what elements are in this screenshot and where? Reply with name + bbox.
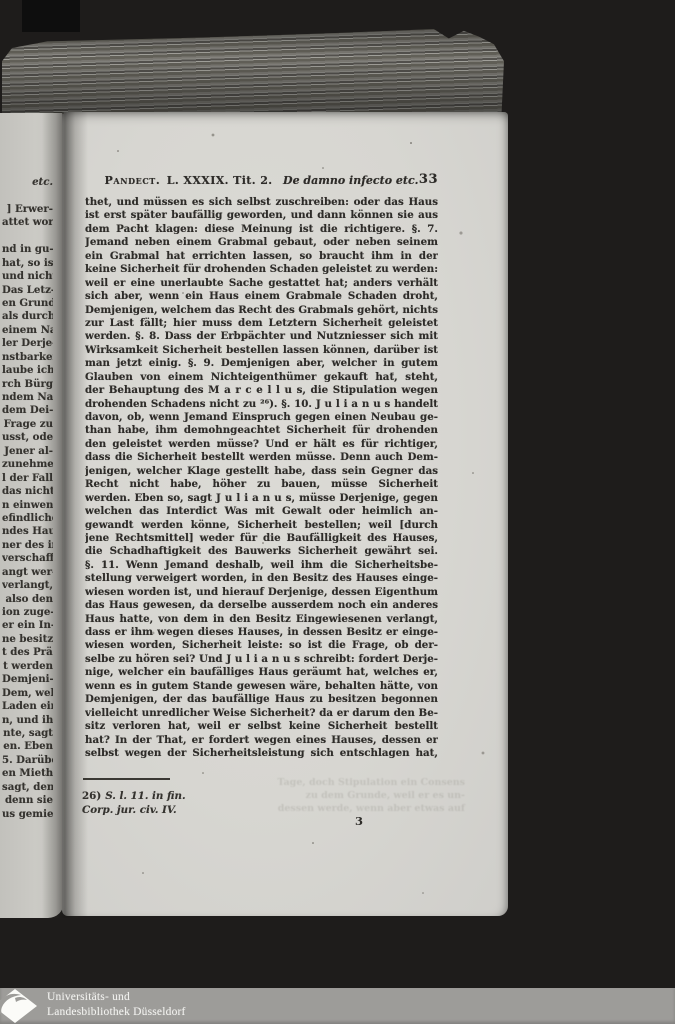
body-text-line: Jemand neben einem Grabmal gebaut, oder … (85, 236, 438, 249)
body-text-line: nige, welcher ein baufälliges Haus geräu… (85, 666, 438, 679)
show-through-line: Tage, doch Stipulation ein Consens (240, 776, 465, 789)
facing-page-line: Jener al- (2, 445, 53, 458)
body-text-line: than habe, ihm demohngeachtet Sicherheit… (85, 424, 438, 437)
facing-page-line: ler Derje- (2, 337, 53, 350)
facing-page-line: Dem, wel- (2, 687, 53, 700)
footnote-source: Corp. jur. civ. IV. (82, 803, 186, 817)
facing-page-line: ndem Na- (2, 391, 53, 404)
facing-page-line: nd in gu- (2, 243, 53, 256)
facing-page-text-fragments: etc.] Erwer-attet wor-nd in gu-hat, so i… (2, 176, 53, 821)
facing-page-line: n einwen- (2, 499, 53, 512)
body-text-line: Wirksamkeit Sicherheit bestellen lassen … (85, 344, 438, 357)
body-text-line: der Behauptung des M a r c e l l u s, di… (85, 384, 438, 397)
running-head: Pandect. L. XXXIX. Tit. 2. De damno infe… (85, 174, 438, 190)
facing-page-line: als durch (2, 310, 53, 323)
body-text-line: dass die Sicherheit bestellt werden müss… (85, 451, 438, 464)
body-text-line: vielleicht unredlicher Weise Sicherheit?… (85, 707, 438, 720)
facing-page-line: ner des in (2, 539, 53, 552)
facing-page-line: etc. (2, 176, 53, 189)
running-head-reference: L. XXXIX. Tit. 2. (167, 174, 273, 187)
facing-page-line: laube ich, (2, 364, 53, 377)
body-text-line: welchen das Interdict Was mit Gewalt ode… (85, 505, 438, 518)
body-text-line: Demjenigen, der das baufällige Haus zu b… (85, 693, 438, 706)
body-text-line: Glauben von einem Nichteigenthümer gekau… (85, 371, 438, 384)
scanned-page: Pandect. L. XXXIX. Tit. 2. De damno infe… (62, 112, 508, 916)
facing-page-line: ne besitze, (2, 633, 53, 646)
body-text-line: dass er ihm wegen dieses Hauses, in dess… (85, 626, 438, 639)
page-body-text: thet, und müssen es sich selbst zuschrei… (85, 196, 438, 760)
facing-page-line: er ein In- (2, 619, 53, 632)
facing-page-line: en Grund, (2, 297, 53, 310)
facing-page-line: das nicht (2, 485, 53, 498)
body-text-line: thet, und müssen es sich selbst zuschrei… (85, 196, 438, 209)
facing-page-line: t des Prä- (2, 646, 53, 659)
facing-page-line: en. Eben (2, 740, 53, 753)
body-text-line: ein Grabmal hat errichten lassen, so bra… (85, 250, 438, 263)
show-through-line: dessen werde, wenn aber etwas auf (240, 802, 465, 815)
facing-page-line: efindlichen (2, 512, 53, 525)
library-watermark-bar: Universitäts- und Landesbibliothek Düsse… (0, 988, 675, 1024)
body-text-line: ist erst später baufällig geworden, und … (85, 209, 438, 222)
library-name-line2: Landesbibliothek Düsseldorf (47, 1005, 186, 1020)
body-text-line: keine Sicherheit für drohenden Schaden g… (85, 263, 438, 276)
body-text-line: selbe zu hören sei? Und J u l i a n u s … (85, 653, 438, 666)
body-text-line: Recht nicht habe, höher zu bauen, müsse … (85, 478, 438, 491)
facing-page-line: einem Na- (2, 324, 53, 337)
scan-speckles (62, 112, 63, 113)
facing-page-line: nte, sagt (2, 727, 53, 740)
book-cover-shadow (22, 0, 80, 32)
facing-page-strip: etc.] Erwer-attet wor-nd in gu-hat, so i… (0, 113, 64, 918)
facing-page-line: Demjeni- (2, 673, 53, 686)
facing-page-line: ndes Haus (2, 525, 53, 538)
facing-page-line: rch Bürg- (2, 378, 53, 391)
facing-page-line: Laden ein- (2, 700, 53, 713)
footnote-marker: 26) (82, 790, 101, 802)
facing-page-line: verlangt, (2, 579, 53, 592)
body-text-line: selbst wegen der Sicherheitsleistung sic… (85, 747, 438, 760)
body-text-line: wenn es in gutem Stande gewesen wäre, be… (85, 680, 438, 693)
body-text-line: gewandt werden könne, Sicherheit bestell… (85, 519, 438, 532)
facing-page-line: hat, so ist (2, 257, 53, 270)
body-text-line: werden. §. 8. Dass der Erbpächter und Nu… (85, 330, 438, 343)
printer-signature: 3 (355, 814, 363, 828)
library-name-line1: Universitäts- und (47, 990, 186, 1005)
page-number: 33 (419, 172, 438, 187)
facing-page-line: Frage zu (2, 418, 53, 431)
facing-page-line: Das Letz- (2, 284, 53, 297)
facing-page-line: t werden (2, 660, 53, 673)
body-text-line: davon, ob, wenn Jemand Einspruch gegen e… (85, 411, 438, 424)
body-text-line: jene Rechtsmittel] weder für die Baufäll… (85, 532, 438, 545)
body-text-line: den geleistet werden müsse? Und er hält … (85, 438, 438, 451)
body-text-line: wiesen worden, Sicherheit leiste: so ist… (85, 639, 438, 652)
body-text-line: jenigen, welcher Klage gestellt habe, da… (85, 465, 438, 478)
book-page-edges (2, 29, 504, 124)
facing-page-line: denn sie (2, 794, 53, 807)
body-text-line: zur Last fällt; hier muss dem Letztern S… (85, 317, 438, 330)
library-name: Universitäts- und Landesbibliothek Düsse… (47, 990, 186, 1020)
facing-page-line (2, 230, 53, 243)
facing-page-line: ion zuge- (2, 606, 53, 619)
ulb-duesseldorf-logo-icon (0, 989, 38, 1023)
facing-page-line: attet wor- (2, 216, 53, 229)
facing-page-line: zunehmen, (2, 458, 53, 471)
facing-page-line: us gemie- (2, 808, 53, 821)
book-scan-background: etc.] Erwer-attet wor-nd in gu-hat, so i… (0, 0, 675, 1024)
facing-page-line: n, und ih- (2, 714, 53, 727)
facing-page-line: verschafft (2, 552, 53, 565)
body-text-line: dem Pacht klagen: diese Meinung ist die … (85, 223, 438, 236)
body-text-line: hat? In der That, er fordert wegen eines… (85, 734, 438, 747)
body-text-line: §. 11. Wenn Jemand deshalb, weil ihm die… (85, 559, 438, 572)
facing-page-line: 5. Darüber (2, 754, 53, 767)
facing-page-line: also den (2, 593, 53, 606)
body-text-line: drohenden Schadens nicht zu ²⁶). §. 10. … (85, 398, 438, 411)
footnote-separator (83, 778, 170, 780)
body-text-line: sich aber, wenn ein Haus einem Grabmale … (85, 290, 438, 303)
facing-page-line: l der Fall (2, 472, 53, 485)
facing-page-line: sagt, den (2, 781, 53, 794)
show-through-line: zu dem Grunde, weil er es un- (240, 789, 465, 802)
body-text-line: stellung verweigert worden, in den Besit… (85, 572, 438, 585)
facing-page-line: usst, oder (2, 431, 53, 444)
footnote-line-1: 26)S. l. 11. in fin. (82, 789, 186, 803)
body-text-line: man jetzt einig. §. 9. Demjenigen aber, … (85, 357, 438, 370)
body-text-line: weil er eine unerlaubte Sache gestattet … (85, 277, 438, 290)
facing-page-line: ] Erwer- (2, 203, 53, 216)
footnote-reference: S. l. 11. in fin. (105, 790, 185, 802)
running-head-title: De damno infecto etc. (283, 174, 418, 187)
footnote: 26)S. l. 11. in fin. Corp. jur. civ. IV. (82, 789, 186, 817)
ink-show-through-text: Tage, doch Stipulation ein Consenszu dem… (240, 776, 465, 815)
facing-page-line: en Mieth- (2, 767, 53, 780)
body-text-line: sitz verloren hat, weil er selbst keine … (85, 720, 438, 733)
facing-page-line: und nicht (2, 270, 53, 283)
body-text-line: Haus hatte, von dem in den Besitz Eingew… (85, 613, 438, 626)
facing-page-line (2, 189, 53, 202)
facing-page-line: angt wer- (2, 566, 53, 579)
body-text-line: die Schadhaftigkeit des Bauwerks Sicherh… (85, 545, 438, 558)
body-text-line: wiesen worden ist, und hierauf Derjenige… (85, 586, 438, 599)
body-text-line: werden. Eben so, sagt J u l i a n u s, m… (85, 492, 438, 505)
body-text-line: das Haus gewesen, da derselbe ausserdem … (85, 599, 438, 612)
body-text-line: Demjenigen, welchem das Recht des Grabma… (85, 304, 438, 317)
facing-page-line: dem Dei- (2, 404, 53, 417)
running-head-journal: Pandect. (105, 174, 161, 187)
facing-page-line: nstbarkeit, (2, 351, 53, 364)
